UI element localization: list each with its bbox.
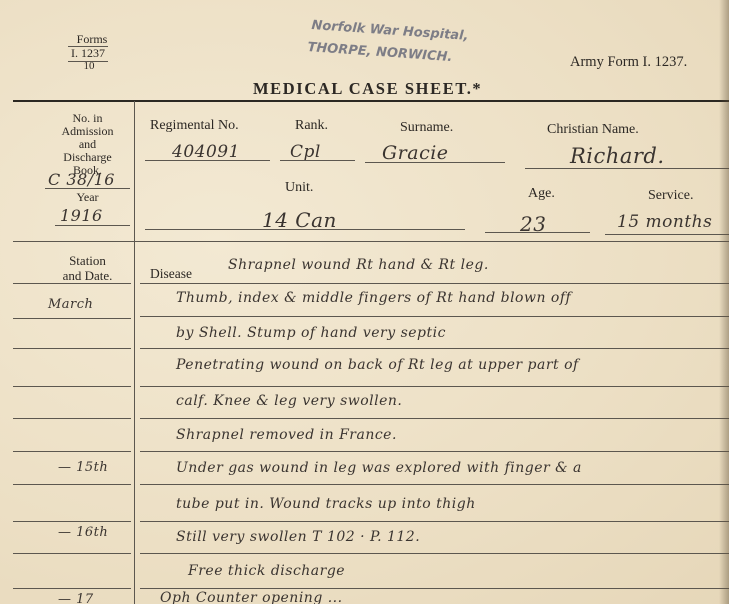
christian-name-label: Christian Name. — [547, 122, 639, 138]
ruled-line — [140, 484, 729, 485]
hospital-stamp-line2: THORPE, NORWICH. — [307, 40, 453, 65]
rank-value: Cpl — [290, 142, 321, 162]
christian-name-value: Richard. — [570, 144, 665, 168]
date-ruled-line — [13, 588, 131, 589]
date-ruled-line — [13, 348, 131, 349]
ruled-line — [140, 553, 729, 554]
header-rule — [13, 100, 729, 102]
admission-number-value: C 38/16 — [48, 170, 115, 189]
admission-underline — [45, 188, 130, 189]
date-entry: March — [48, 297, 93, 312]
date-entry: — 17 — [58, 592, 94, 604]
forms-label: Forms — [70, 32, 114, 47]
date-ruled-line — [13, 553, 131, 554]
forms-suffix: 10 — [74, 60, 104, 72]
disease-label: Disease — [150, 266, 192, 282]
ruled-line — [140, 316, 729, 317]
page-title: MEDICAL CASE SHEET.* — [253, 79, 482, 99]
page-edge-shadow — [719, 0, 729, 604]
ruled-line — [140, 588, 729, 589]
date-ruled-line — [13, 283, 131, 284]
hospital-stamp-line1: Norfolk War Hospital, — [311, 18, 469, 44]
service-underline — [605, 234, 729, 235]
unit-underline — [145, 229, 465, 230]
case-note-line: Still very swollen T 102 · P. 112. — [176, 529, 420, 545]
case-note-line: tube put in. Wound tracks up into thigh — [176, 496, 476, 512]
case-note-line: calf. Knee & leg very swollen. — [176, 393, 402, 409]
surname-underline — [365, 162, 505, 163]
ruled-line — [140, 521, 729, 522]
date-ruled-line — [13, 318, 131, 319]
regimental-no-value: 404091 — [172, 142, 240, 162]
year-underline — [55, 225, 130, 226]
rank-label: Rank. — [295, 118, 328, 134]
surname-label: Surname. — [400, 120, 453, 136]
forms-number: I. 1237 — [62, 46, 114, 61]
date-ruled-line — [13, 521, 131, 522]
army-form-number: Army Form I. 1237. — [570, 54, 687, 71]
section-rule — [13, 241, 729, 242]
case-note-line: Shrapnel removed in France. — [176, 427, 397, 443]
service-label: Service. — [648, 188, 693, 204]
case-note-line: by Shell. Stump of hand very septic — [176, 325, 446, 341]
station-date-label: Station and Date. — [40, 253, 135, 283]
case-note-line: Penetrating wound on back of Rt leg at u… — [176, 357, 579, 373]
date-ruled-line — [13, 418, 131, 419]
age-label: Age. — [528, 186, 555, 202]
disease-value: Shrapnel wound Rt hand & Rt leg. — [228, 257, 489, 273]
ruled-line — [140, 348, 729, 349]
station-label-line: and Date. — [40, 268, 135, 283]
surname-value: Gracie — [382, 142, 449, 164]
date-entry: — 15th — [58, 460, 108, 475]
ruled-line — [140, 418, 729, 419]
case-note-line: Thumb, index & middle fingers of Rt hand… — [176, 290, 571, 306]
ruled-line — [140, 283, 729, 284]
date-ruled-line — [13, 386, 131, 387]
regimental-no-label: Regimental No. — [150, 118, 239, 134]
case-note-line: Oph Counter opening ... — [160, 590, 343, 604]
case-note-line: Free thick discharge — [188, 563, 345, 579]
date-ruled-line — [13, 484, 131, 485]
christian-name-underline — [525, 168, 729, 169]
age-underline — [485, 232, 590, 233]
year-value: 1916 — [60, 206, 103, 225]
service-value: 15 months — [617, 212, 712, 232]
ruled-line — [140, 451, 729, 452]
admission-label: No. in Admission and Discharge Book. — [40, 112, 135, 177]
station-label-line: Station — [40, 253, 135, 268]
unit-label: Unit. — [285, 180, 313, 196]
case-note-line: Under gas wound in leg was explored with… — [176, 460, 582, 476]
rank-underline — [280, 160, 355, 161]
ruled-line — [140, 386, 729, 387]
date-ruled-line — [13, 451, 131, 452]
year-label: Year — [40, 190, 135, 205]
regimental-no-underline — [145, 160, 270, 161]
date-entry: — 16th — [58, 525, 108, 540]
